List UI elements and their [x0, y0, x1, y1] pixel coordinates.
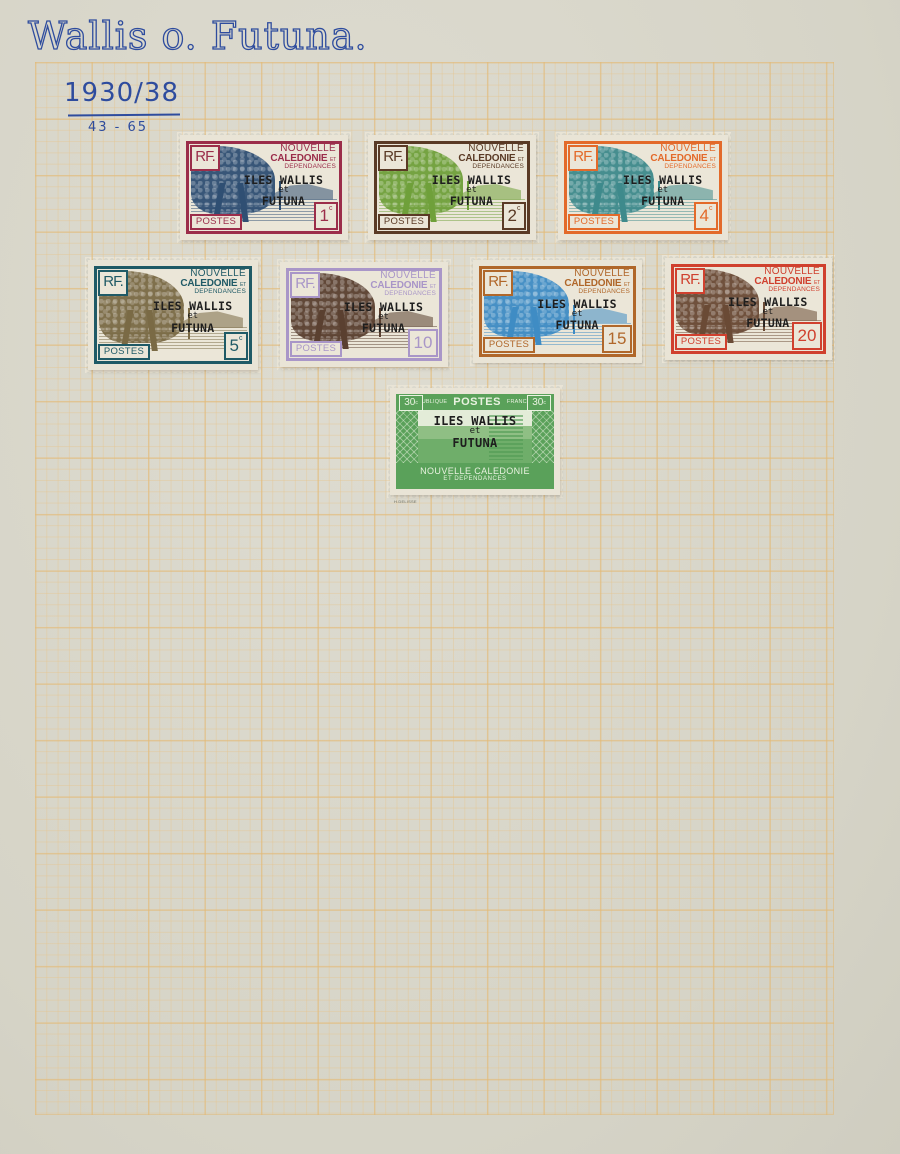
postes-label: POSTES	[290, 341, 342, 357]
overprint: ILES WALLIS et FUTUNA	[149, 300, 237, 334]
year-range: 1930/38	[64, 78, 179, 108]
page-title: Wallis o. Futuna.	[28, 14, 368, 58]
stamp-value: 5c	[224, 332, 248, 360]
overprint: ILES WALLIS et FUTUNA	[428, 415, 523, 450]
overprint: ILES WALLIS et FUTUNA	[725, 296, 811, 330]
stamp-frame: RF. NOUVELLE CALEDONIE ET DEPENDANCES PO…	[186, 141, 342, 234]
rf-label: RF.	[675, 268, 705, 294]
stamp-header: NOUVELLE CALEDONIE ET DEPENDANCES	[370, 271, 436, 298]
rf-label: RF.	[190, 145, 220, 171]
stamp-header: NOUVELLE CALEDONIE ET DEPENDANCES	[564, 269, 630, 296]
postes-text: POSTES	[453, 396, 501, 408]
rf-label: RF.	[568, 145, 598, 171]
stamp-header: NOUVELLE CALEDONIE ET DEPENDANCES	[458, 144, 524, 171]
stamp-frame: RF. NOUVELLE CALEDONIE ET DEPENDANCES PO…	[671, 264, 826, 354]
stamp-20c[interactable]: RF. NOUVELLE CALEDONIE ET DEPENDANCES PO…	[665, 258, 832, 360]
postes-label: POSTES	[190, 214, 242, 230]
postes-label: POSTES	[98, 344, 150, 360]
stamp-frame: RF. NOUVELLE CALEDONIE ET DEPENDANCES PO…	[564, 141, 722, 234]
bottom-line-2: ET DEPENDANCES	[396, 476, 554, 482]
overprint: ILES WALLIS et FUTUNA	[340, 301, 427, 335]
stamp-5c[interactable]: RF. NOUVELLE CALEDONIE ET DEPENDANCES PO…	[88, 260, 258, 370]
totem-right	[532, 410, 554, 463]
overprint: ILES WALLIS et FUTUNA	[428, 174, 515, 208]
rf-label: RF.	[378, 145, 408, 171]
rf-label: RF.	[290, 272, 320, 298]
totem-left	[396, 410, 418, 463]
stamp-header: NOUVELLE CALEDONIE ET DEPENDANCES	[180, 269, 246, 296]
stamp-bottom-banner: NOUVELLE CALEDONIE ET DEPENDANCES	[396, 463, 554, 489]
value-right: 30c	[527, 395, 551, 411]
stamp-2c[interactable]: RF. NOUVELLE CALEDONIE ET DEPENDANCES PO…	[368, 135, 536, 240]
value-left: 30c	[399, 395, 423, 411]
stamp-header: NOUVELLE CALEDONIE ET DEPENDANCES	[650, 144, 716, 171]
stamp-header: NOUVELLE CALEDONIE ET DEPENDANCES	[754, 267, 820, 294]
stamp-frame: REPUBLIQUE POSTES FRANCAISE 30c 30c NOUV…	[396, 394, 554, 489]
stamp-frame: RF. NOUVELLE CALEDONIE ET DEPENDANCES PO…	[479, 266, 636, 357]
bottom-line-1: NOUVELLE CALEDONIE	[396, 463, 554, 476]
postes-label: POSTES	[483, 337, 535, 353]
postes-label: POSTES	[378, 214, 430, 230]
rf-label: RF.	[98, 270, 128, 296]
stamp-header: NOUVELLE CALEDONIE ET DEPENDANCES	[270, 144, 336, 171]
overprint: ILES WALLIS et FUTUNA	[619, 174, 707, 208]
postes-label: POSTES	[568, 214, 620, 230]
catalogue-numbers: 43 - 65	[88, 120, 148, 135]
stamp-frame: RF. NOUVELLE CALEDONIE ET DEPENDANCES PO…	[374, 141, 530, 234]
stamp-1c[interactable]: RF. NOUVELLE CALEDONIE ET DEPENDANCES PO…	[180, 135, 348, 240]
overprint: ILES WALLIS et FUTUNA	[533, 298, 621, 332]
stamp-30c[interactable]: REPUBLIQUE POSTES FRANCAISE 30c 30c NOUV…	[390, 388, 560, 495]
printer-imprint: H.DELISSE	[394, 499, 417, 504]
postes-label: POSTES	[675, 334, 727, 350]
stamp-15c[interactable]: RF. NOUVELLE CALEDONIE ET DEPENDANCES PO…	[473, 260, 642, 363]
overprint: ILES WALLIS et FUTUNA	[240, 174, 327, 208]
rf-label: RF.	[483, 270, 513, 296]
stamp-4c[interactable]: RF. NOUVELLE CALEDONIE ET DEPENDANCES PO…	[558, 135, 728, 240]
stamp-10c[interactable]: RF. NOUVELLE CALEDONIE ET DEPENDANCES PO…	[280, 262, 448, 367]
stamp-frame: RF. NOUVELLE CALEDONIE ET DEPENDANCES PO…	[94, 266, 252, 364]
stamp-frame: RF. NOUVELLE CALEDONIE ET DEPENDANCES PO…	[286, 268, 442, 361]
